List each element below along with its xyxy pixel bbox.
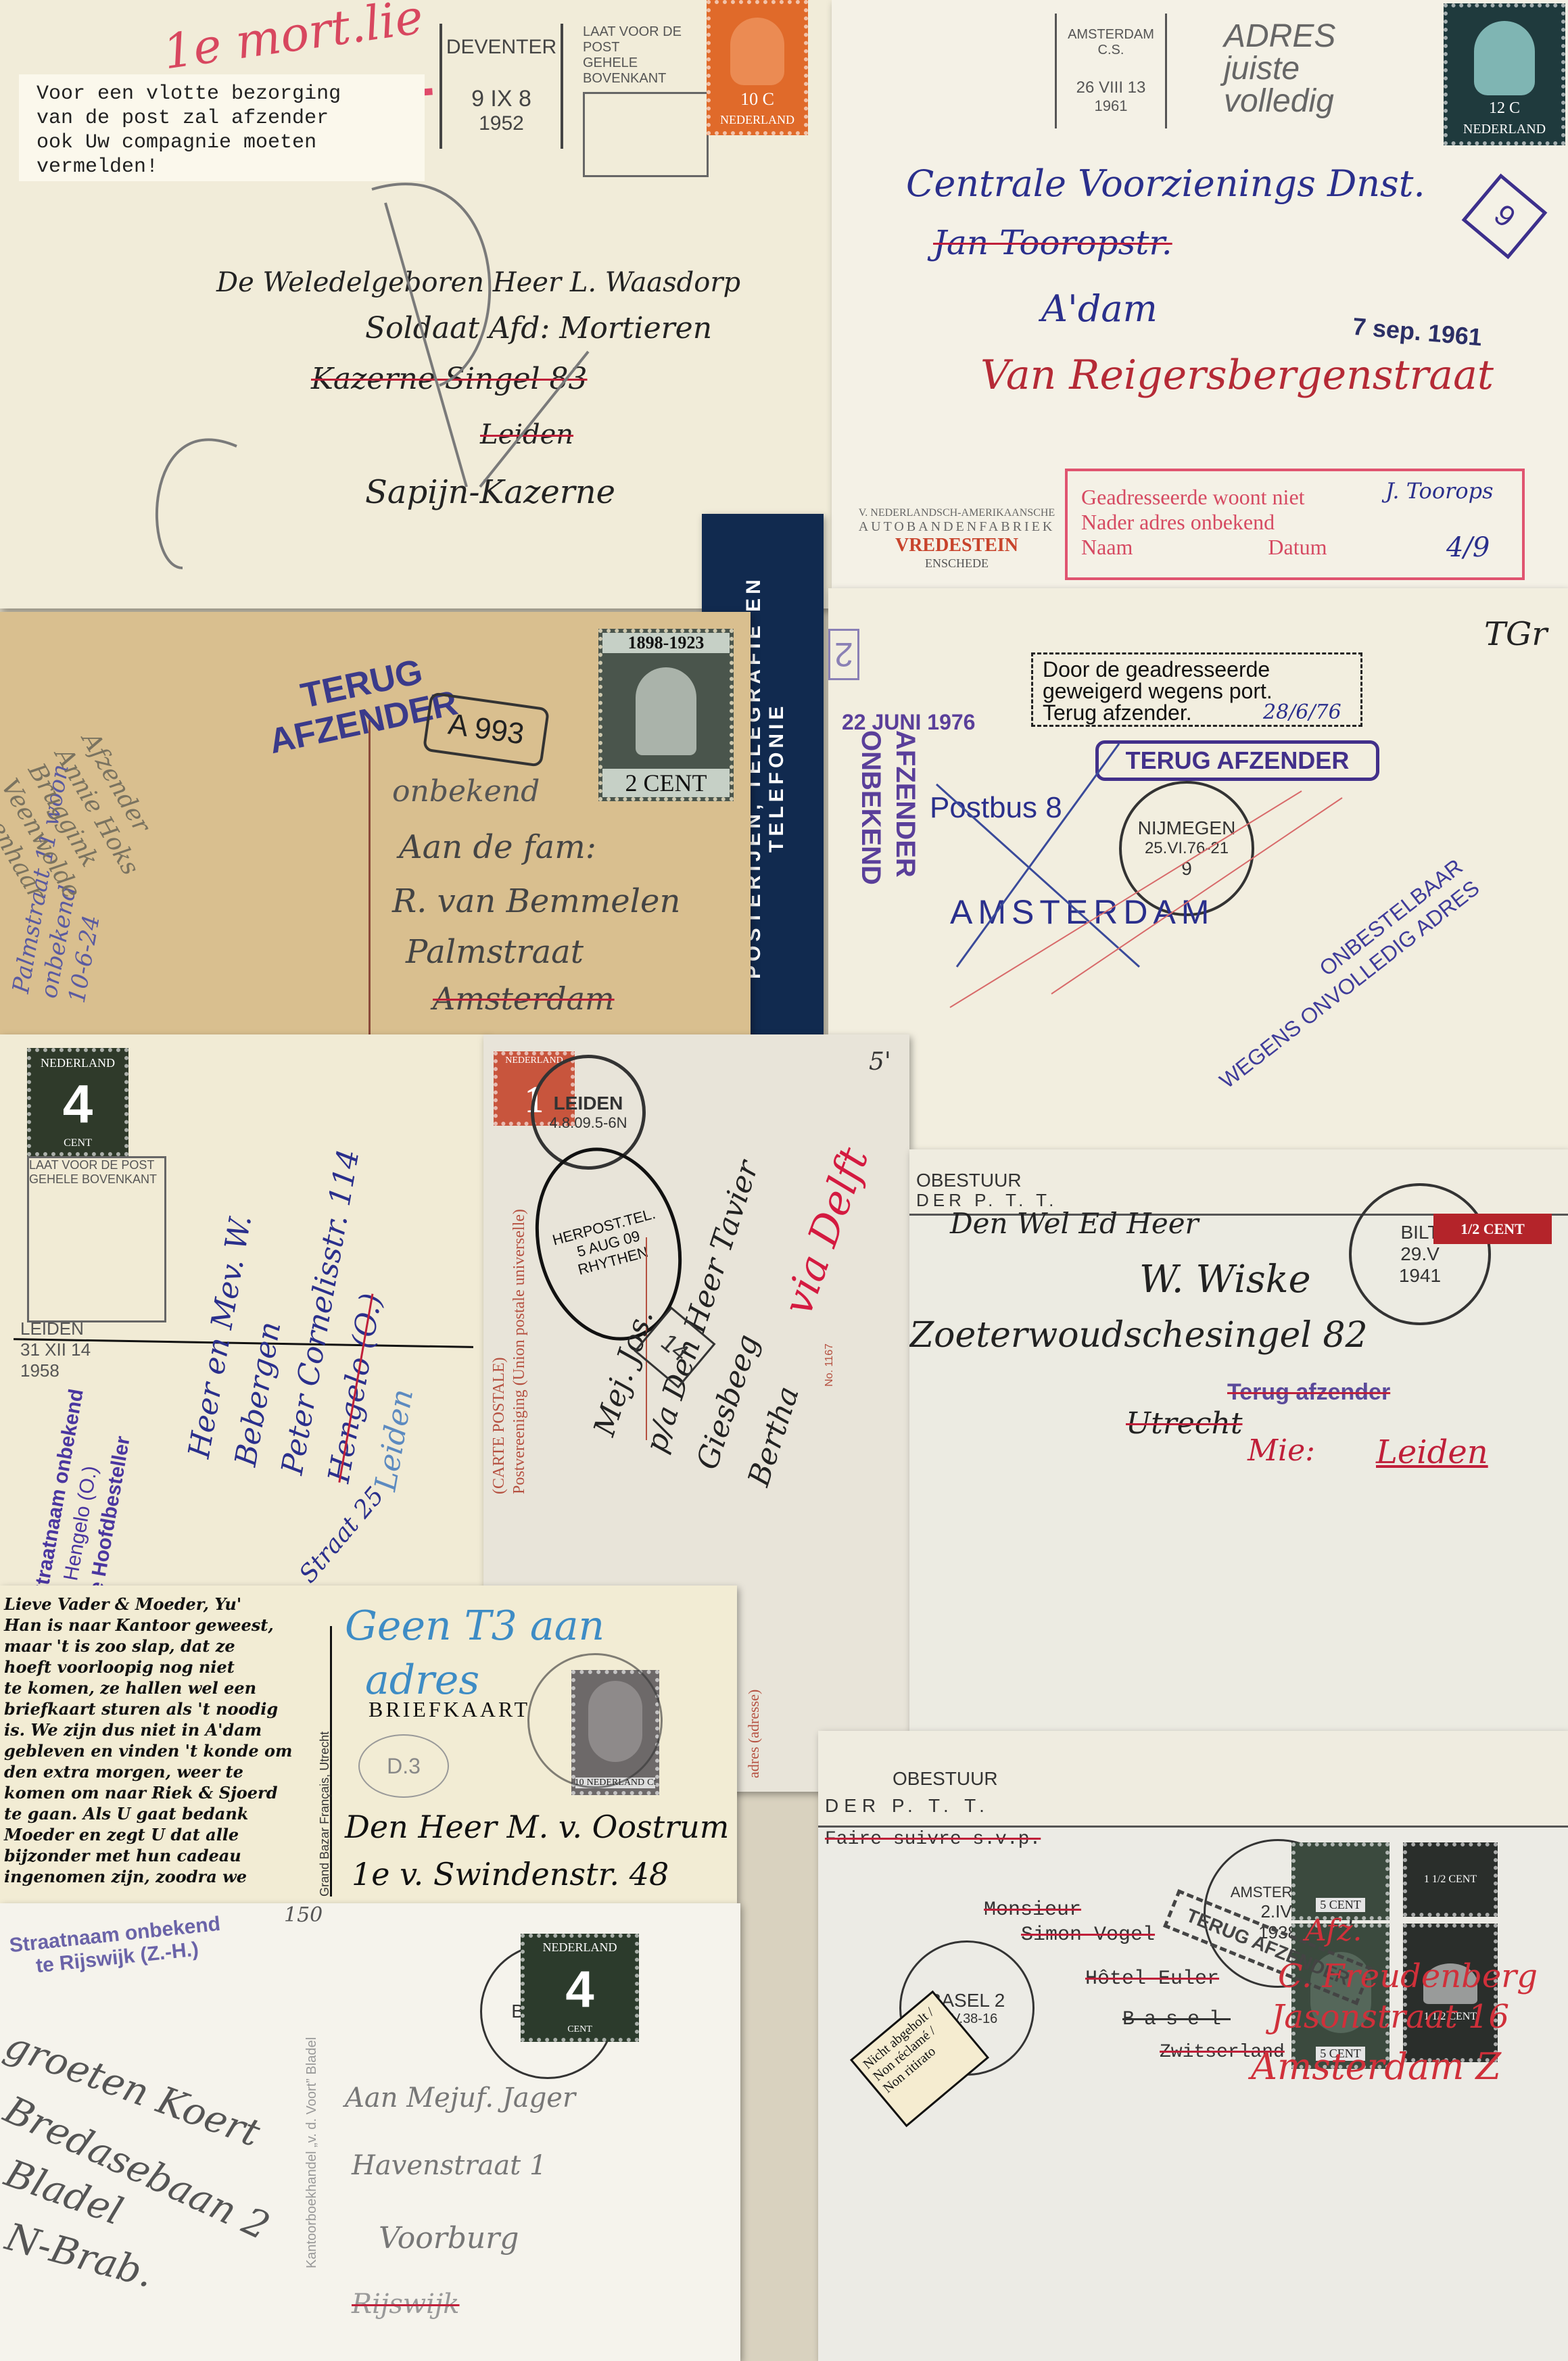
leiden-postmark: LEIDEN 31 XII 14 1958 bbox=[20, 1318, 91, 1381]
date-stamp: 7 sep. 1961 bbox=[1352, 312, 1483, 352]
deventer-postmark: DEVENTER 9 IX 8 1952 bbox=[439, 24, 563, 149]
green-four-stamp: NEDERLAND 4 CENT bbox=[27, 1048, 128, 1156]
jubilee-postcard: TERUG AFZENDER A 993 1898-1923 2 CENT on… bbox=[0, 612, 751, 1045]
rijswijk-stamp: Straatnaam onbekend te Rijswijk (Z.-H.) bbox=[8, 1913, 224, 1980]
jubilee-stamp: 1898-1923 2 CENT bbox=[598, 629, 734, 801]
leiden-postcard: NEDERLAND 4 CENT LAAT VOOR DE POST GEHEL… bbox=[0, 1034, 487, 1596]
purple-stamp: Straatnaam onbekend te Hengelo (O.) De H… bbox=[27, 1387, 144, 1596]
queen-portrait-icon bbox=[730, 18, 784, 85]
queen-portrait-icon bbox=[1474, 21, 1535, 95]
utrecht-postmark bbox=[527, 1653, 663, 1788]
green-four-stamp: NEDERLAND 4 CENT bbox=[521, 1934, 639, 2042]
slogan-cancel: LAAT VOOR DE POST GEHELE BOVENKANT bbox=[27, 1156, 166, 1322]
queen-portrait-icon bbox=[636, 667, 696, 755]
box-nine: 9 bbox=[1462, 174, 1548, 260]
divider-line bbox=[369, 720, 371, 1045]
ptt-header: OBESTUUR DER P. T. T. bbox=[818, 1731, 1568, 1828]
pencil-scribble bbox=[101, 149, 710, 581]
letter-text: Lieve Vader & Moeder, Yu' Han is naar Ka… bbox=[4, 1594, 329, 1887]
ptt-cover-bottom: OBESTUUR DER P. T. T. Faire suivre s.v.p… bbox=[818, 1731, 1568, 2361]
amsterdam-postmark: AMSTERDAM C.S. 26 VIII 13 1961 bbox=[1055, 14, 1167, 128]
red-half-cent-stamp: 1/2 CENT bbox=[1433, 1214, 1552, 1244]
address-block: Heer en Mev. W. Bebergen Peter Corneliss… bbox=[176, 1129, 466, 1495]
orange-stamp: 10 C NEDERLAND bbox=[707, 0, 808, 135]
card-header: (CARTE POSTALE) Postvereeniging (Union p… bbox=[489, 1209, 529, 1494]
teal-stamp: 12 C NEDERLAND bbox=[1444, 3, 1565, 145]
nijmegen-cover: TGr 2 Door de geadresseerde geweigerd we… bbox=[828, 588, 1568, 1149]
slogan-cancel: LAAT VOOR DE POST GEHELE BOVENKANT bbox=[583, 24, 718, 146]
cross-lines bbox=[828, 588, 1568, 1149]
sender-imprint: V. NEDERLANDSCH-AMERIKAANSCHE AUTOBANDEN… bbox=[832, 507, 1082, 571]
red-return-box: Geadresseerde woont niet Nader adres onb… bbox=[1065, 469, 1525, 580]
vredestein-cover: AMSTERDAM C.S. 26 VIII 13 1961 ADRES jui… bbox=[832, 0, 1568, 588]
bilt-postmark: BILT 29.V 1941 bbox=[1349, 1183, 1491, 1325]
struck-terug-stamp: Terug afzender bbox=[1227, 1379, 1390, 1406]
green-five-cent-stamp-1: 5 CENT bbox=[1291, 1842, 1389, 1920]
red-annotation: 1e mort.lie bbox=[160, 0, 426, 80]
sender-note: groeten Koert Bredasebaan 2 Bladel N-Bra… bbox=[7, 2011, 293, 2268]
dove-stamp-1: 1 1/2 CENT bbox=[1403, 1842, 1498, 1917]
slogan: ADRES juiste volledig bbox=[1224, 20, 1335, 118]
ptt-cover-top: OBESTUUR DER P. T. T. BILT 29.V 1941 1/2… bbox=[909, 1149, 1568, 1731]
d3-mark: D.3 bbox=[358, 1734, 449, 1798]
briefkaart: Lieve Vader & Moeder, Yu' Han is naar Ka… bbox=[0, 1585, 737, 1903]
a993-box: A 993 bbox=[423, 692, 550, 767]
bladel-postcard: Straatnaam onbekend te Rijswijk (Z.-H.) … bbox=[0, 1903, 740, 2361]
sender-note: Afzender Annie Hoks Bruggink Veenwolde V… bbox=[0, 727, 172, 928]
